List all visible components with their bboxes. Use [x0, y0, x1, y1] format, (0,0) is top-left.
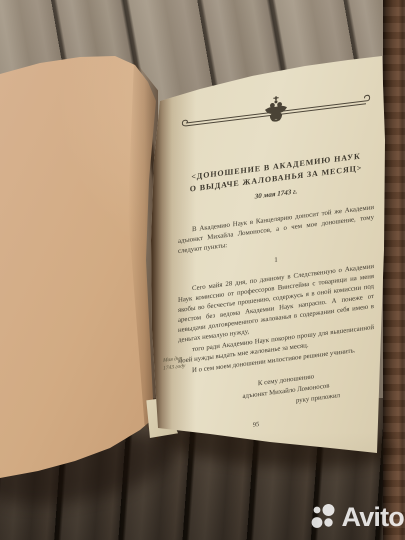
book-photo-scene: <ДОНОШЕНИЕ В АКАДЕМИЮ НАУК О ВЫДАЧЕ ЖАЛО… [0, 0, 405, 540]
wood-plank-right [383, 0, 405, 540]
double-eagle-glyph [265, 95, 287, 123]
avito-watermark: Avito [310, 503, 405, 531]
signature-block: К сему доношению адъюнкт Михайло Ломонос… [226, 369, 346, 416]
printed-page-content: <ДОНОШЕНИЕ В АКАДЕМИЮ НАУК О ВЫДАЧЕ ЖАЛО… [178, 76, 374, 445]
avito-watermark-text: Avito [342, 504, 405, 531]
avito-logo-icon [310, 503, 338, 531]
